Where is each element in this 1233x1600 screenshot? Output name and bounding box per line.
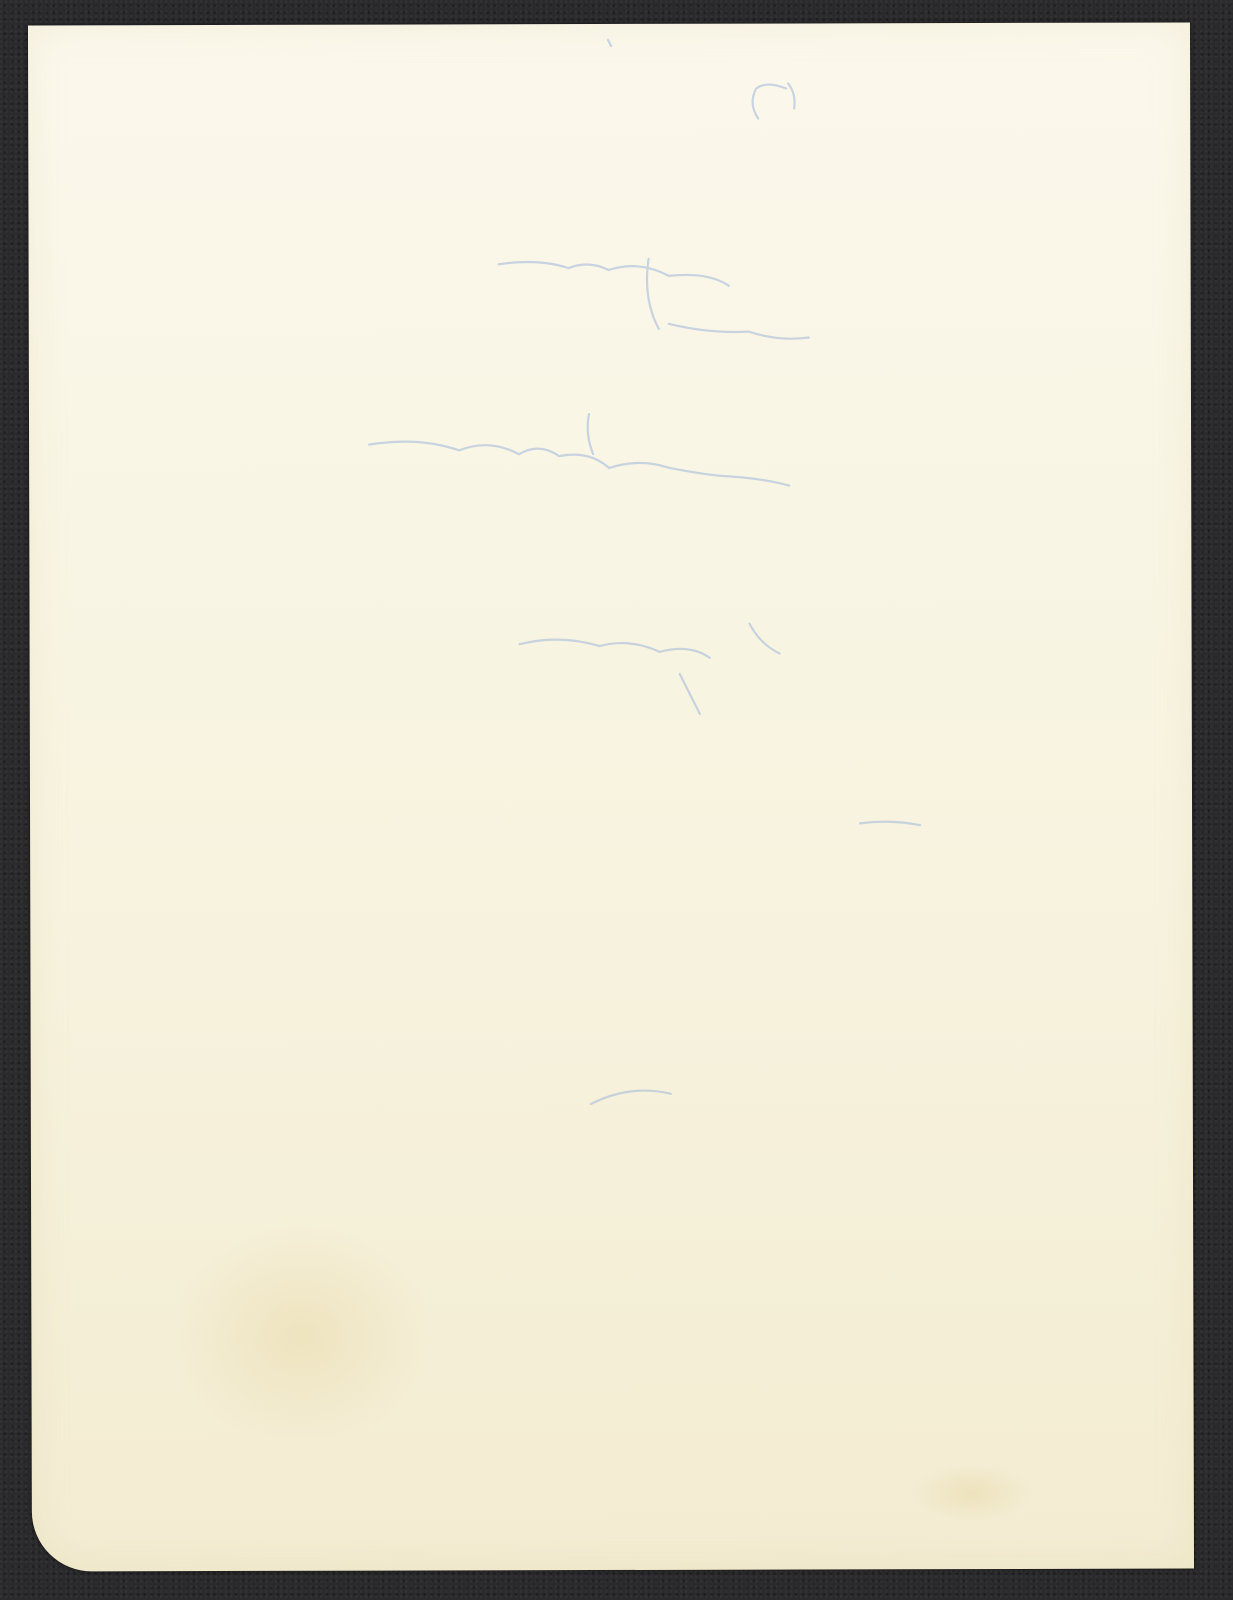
- legible-text: [28, 26, 29, 27]
- aging-stain: [912, 1463, 1032, 1523]
- paper-sheet: [28, 22, 1194, 1571]
- aging-stain: [171, 1224, 432, 1445]
